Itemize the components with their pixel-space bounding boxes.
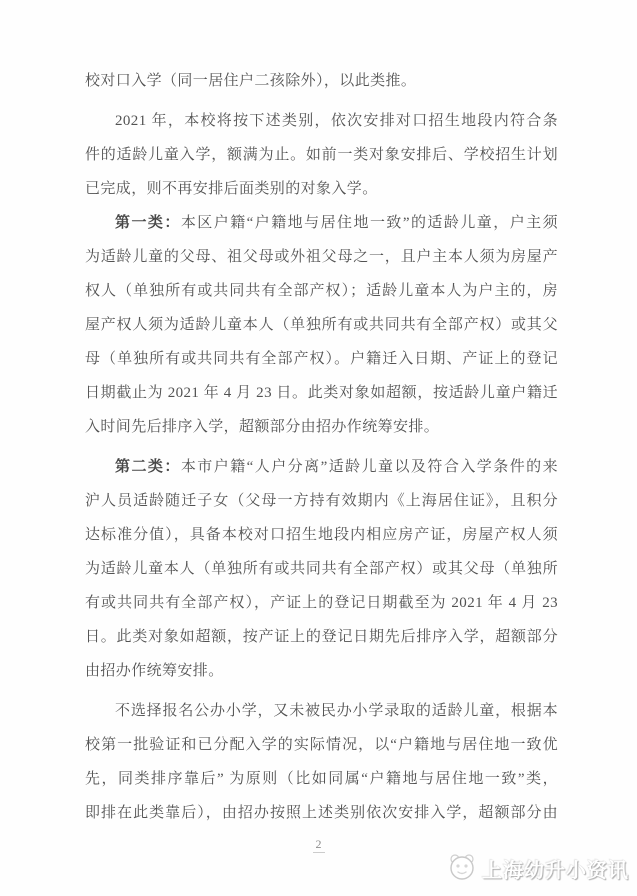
category-2-label: 第二类： [115,459,181,475]
paragraph: 2021 年，本校将按下述类别，依次安排对口招生地段内符合条 件的适龄儿童入学，… [85,104,558,206]
paragraph-category-2: 第二类：本市户籍“人户分离”适龄儿童以及符合入学条件的来 沪人员适龄随迁子女（父… [85,450,558,688]
paragraph-category-1: 第一类：本区户籍“户籍地与居住地一致”的适龄儿童，户主须 为适龄儿童的父母、祖父… [85,206,558,444]
text-line: 有或共同共有全部产权），产证上的登记日期截至为 2021 年 4 月 23 [85,586,558,620]
text-line: 沪人员适龄随迁子女（父母一方持有效期内《上海居住证》，且积分 [85,484,558,518]
document-page: 校对口入学（同一居住户二孩除外），以此类推。 2021 年，本校将按下述类别，依… [0,0,637,896]
document-body: 校对口入学（同一居住户二孩除外），以此类推。 2021 年，本校将按下述类别，依… [85,64,558,830]
page-number: 2 [313,837,325,853]
text-line: 日期截止为 2021 年 4 月 23 日。此类对象如超额，按适龄儿童户籍迁 [85,376,558,410]
text-line: 校第一批验证和已分配入学的实际情况，以“户籍地与居住地一致优 [85,728,558,762]
text-line: 件的适龄儿童入学，额满为止。如前一类对象安排后、学校招生计划 [85,138,558,172]
text-line: 日。此类对象如超额，按产证上的登记日期先后排序入学，超额部分 [85,620,558,654]
text-line: 入时间先后排序入学，超额部分由招办作统筹安排。 [85,410,558,444]
text-line: 为适龄儿童本人（单独所有或共同共有全部产权）或其父母（单独所 [85,552,558,586]
text-line: 屋产权人须为适龄儿童本人（单独所有或共同共有全部产权）或其父 [85,308,558,342]
text-line: 为适龄儿童的父母、祖父母或外祖父母之一，且户主本人须为房屋产 [85,240,558,274]
text-line: 不选择报名公办小学，又未被民办小学录取的适龄儿童，根据本 [85,694,558,728]
watermark-label: 上海幼升小资讯 [482,854,629,883]
category-1-label: 第一类： [115,215,181,231]
watermark: 上海幼升小资讯 [447,851,629,886]
text-line: 2021 年，本校将按下述类别，依次安排对口招生地段内符合条 [85,104,558,138]
text-line: 第二类：本市户籍“人户分离”适龄儿童以及符合入学条件的来 [85,450,558,484]
text-run: 本区户籍“户籍地与居住地一致”的适龄儿童，户主须 [181,215,558,231]
text-line: 达标准分值），具备本校对口招生地段内相应房产证，房屋产权人须 [85,518,558,552]
text-line: 已完成，则不再安排后面类别的对象入学。 [85,172,558,206]
paragraph: 校对口入学（同一居住户二孩除外），以此类推。 [85,64,558,98]
paragraph: 不选择报名公办小学，又未被民办小学录取的适龄儿童，根据本 校第一批验证和已分配入… [85,694,558,830]
text-line: 第一类：本区户籍“户籍地与居住地一致”的适龄儿童，户主须 [85,206,558,240]
panda-face-icon [447,851,477,886]
text-line: 母（单独所有或共同共有全部产权）。户籍迁入日期、产证上的登记 [85,342,558,376]
text-run: 本市户籍“人户分离”适龄儿童以及符合入学条件的来 [181,459,558,475]
text-line: 即排在此类靠后），由招办按照上述类别依次安排入学，超额部分由 [85,796,558,830]
text-line: 权人（单独所有或共同共有全部产权）；适龄儿童本人为户主的，房 [85,274,558,308]
text-line: 先，同类排序靠后” 为原则（比如同属“户籍地与居住地一致”类， [85,762,558,796]
text-line: 由招办作统筹安排。 [85,654,558,688]
text-line: 校对口入学（同一居住户二孩除外），以此类推。 [85,64,558,98]
